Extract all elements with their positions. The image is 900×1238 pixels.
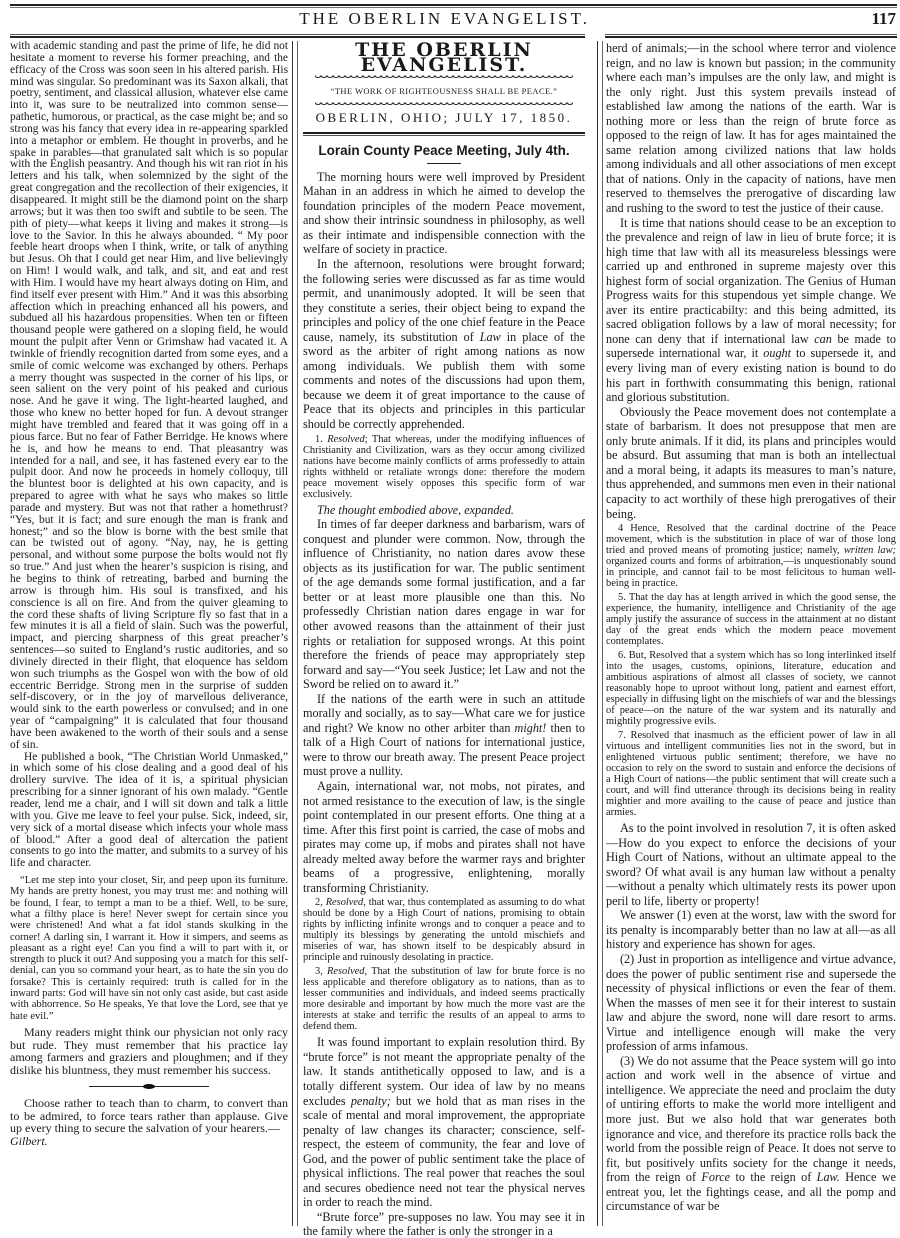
article-paragraph: (2) Just in proportion as intelligence a…	[606, 952, 896, 1054]
article-paragraph: If the nations of the earth were in such…	[303, 692, 585, 779]
quote-text: “Let me step into your closet, Sir, and …	[10, 875, 288, 1022]
ornamental-divider	[89, 1086, 209, 1087]
block-quote: “Let me step into your closet, Sir, and …	[10, 875, 288, 1022]
emphasis-text: written law;	[844, 545, 896, 556]
article-paragraph: It is time that nations should cease to …	[606, 216, 896, 405]
header-rule-bottom	[10, 34, 585, 38]
article-headline: Lorain County Peace Meeting, July 4th.	[303, 144, 585, 159]
article-paragraph: In the afternoon, resolutions were broug…	[303, 257, 585, 432]
text-run: organized courts and forms of arbitratio…	[606, 556, 896, 589]
middle-column: THE OBERLIN EVANGELIST. “THE WORK OF RIG…	[303, 41, 585, 1238]
emphasis-text: Force	[701, 1170, 730, 1184]
nameplate-title: THE OBERLIN EVANGELIST.	[303, 43, 585, 72]
resolution-6: 6. But, Resolved that a system which has…	[606, 650, 896, 727]
nameplate-motto: “THE WORK OF RIGHTEOUSNESS SHALL BE PEAC…	[303, 84, 585, 99]
epigram-text: Choose rather to teach than to charm, to…	[10, 1096, 288, 1135]
resolution-text: 2, Resolved, that war, thus contemplated…	[303, 897, 585, 963]
resolution-label: Resolved	[327, 966, 365, 977]
headline-rule	[427, 163, 461, 164]
text-run: but we hold that as man rises in the sca…	[303, 1094, 585, 1210]
wavy-rule	[315, 102, 573, 108]
header-rule-top	[10, 4, 335, 8]
page-header: THE OBERLIN EVANGELIST. 117	[0, 0, 900, 40]
epigram: Choose rather to teach than to charm, to…	[10, 1097, 288, 1147]
left-column: with academic standing and past the prim…	[10, 41, 288, 1148]
resolution-number: 1.	[315, 434, 327, 445]
header-rule-top-right	[605, 4, 897, 8]
page-number: 117	[871, 9, 896, 29]
article-paragraph: Many readers might think our physician n…	[10, 1026, 288, 1076]
text-run: (3) We do not assume that the Peace syst…	[606, 1054, 896, 1184]
article-paragraph: As to the point involved in resolution 7…	[606, 821, 896, 908]
resolution-2: 2, Resolved, that war, thus contemplated…	[303, 897, 585, 963]
running-title: THE OBERLIN EVANGELIST.	[170, 9, 590, 29]
article-paragraph: Again, international war, not mobs, not …	[303, 779, 585, 895]
article-paragraph: with academic standing and past the prim…	[10, 41, 288, 752]
resolution-text: 1. Resolved; That whereas, under the mod…	[303, 434, 585, 500]
emphasis-text: might!	[515, 721, 547, 735]
article-paragraph: We answer (1) even at the worst, law wit…	[606, 908, 896, 952]
article-paragraph: He published a book, “The Christian Worl…	[10, 752, 288, 870]
resolution-number: 2,	[315, 897, 326, 908]
article-paragraph: Obviously the Peace movement does not co…	[606, 405, 896, 521]
resolution-1: 1. Resolved; That whereas, under the mod…	[303, 434, 585, 500]
resolution-label: Resolved	[326, 897, 364, 908]
resolution-3: 3, Resolved, That the substitution of la…	[303, 966, 585, 1032]
article-paragraph: “Brute force” pre-supposes no law. You m…	[303, 1210, 585, 1238]
article-paragraph: The morning hours were well improved by …	[303, 170, 585, 257]
column-divider	[292, 41, 298, 1226]
epigram-author: Gilbert.	[10, 1134, 48, 1148]
resolution-text: 3, Resolved, That the substitution of la…	[303, 966, 585, 1032]
resolution-5: 5. That the day has at length arrived in…	[606, 592, 896, 647]
wavy-rule	[315, 75, 573, 81]
article-paragraph: It was found important to explain resolu…	[303, 1035, 585, 1210]
article-paragraph: (3) We do not assume that the Peace syst…	[606, 1054, 896, 1214]
resolution-label: Resolved	[327, 434, 365, 445]
resolution-4: 4 Hence, Resolved that the cardinal doct…	[606, 523, 896, 589]
text-run: to the reign of	[730, 1170, 817, 1184]
emphasis-text: Law.	[817, 1170, 840, 1184]
emphasis-text: Law	[480, 330, 501, 344]
dateline: OBERLIN, OHIO; JULY 17, 1850.	[303, 111, 585, 126]
header-rule-bottom-right	[605, 34, 897, 38]
column-divider	[597, 41, 603, 1226]
dateline-rule	[303, 132, 585, 136]
emphasis-text: penalty;	[351, 1094, 391, 1108]
article-paragraph: In times of far deeper darkness and barb…	[303, 517, 585, 692]
emphasis-text: ought	[763, 346, 791, 360]
resolution-7: 7. Resolved that inasmuch as the efficie…	[606, 730, 896, 818]
text-run: in place of the sword as the arbiter of …	[303, 330, 585, 431]
resolution-number: 3,	[315, 966, 327, 977]
resolutions-list: 4 Hence, Resolved that the cardinal doct…	[606, 523, 896, 818]
section-subheading: The thought embodied above, expanded.	[303, 503, 585, 518]
right-column: herd of animals;—in the school where ter…	[606, 41, 896, 1214]
emphasis-text: can	[814, 332, 832, 346]
article-paragraph: herd of animals;—in the school where ter…	[606, 41, 896, 216]
text-run: It is time that nations should cease to …	[606, 216, 896, 346]
